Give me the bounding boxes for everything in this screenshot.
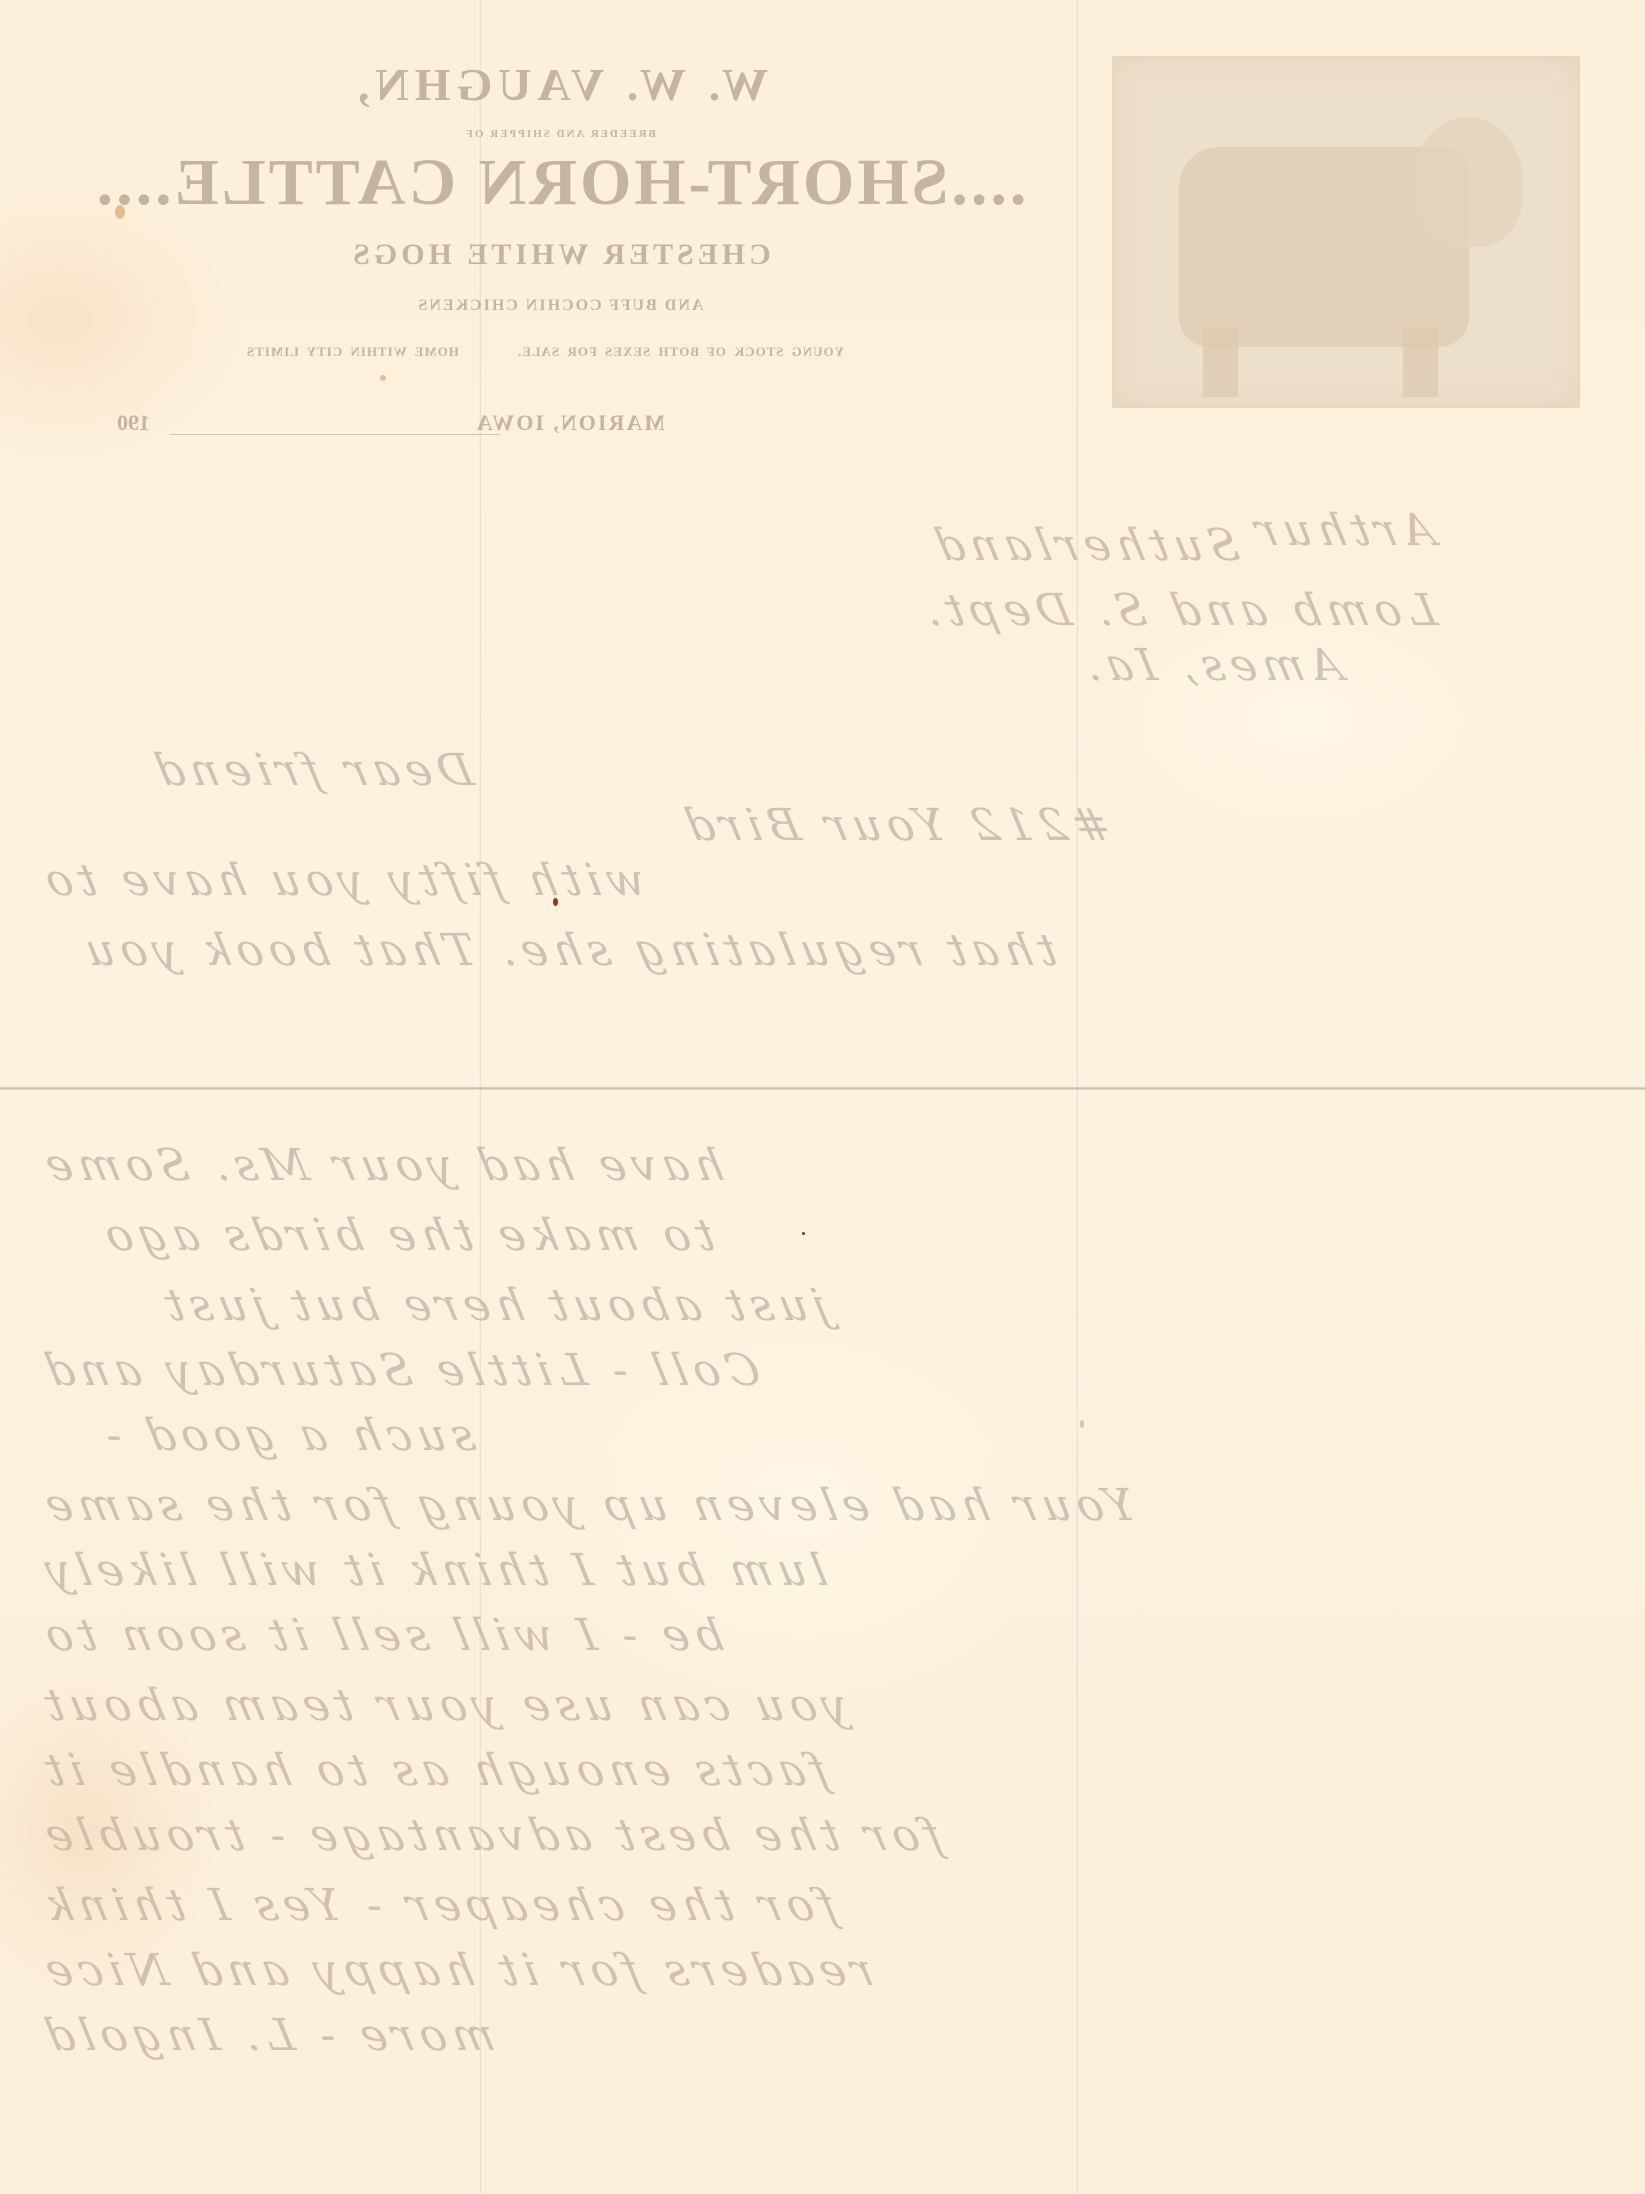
handwriting-line: facts enough as to handle it	[35, 1745, 833, 1796]
handwriting-line: Arthur	[1245, 505, 1440, 556]
handwriting-line: lum but I think it will likely	[35, 1545, 832, 1596]
ink-spot	[553, 898, 558, 906]
handwriting-line: #212 Your Bird	[675, 800, 1115, 851]
horizontal-fold	[0, 1086, 1645, 1090]
handwriting-line: such a good -	[95, 1410, 480, 1461]
foxing-spot	[380, 375, 386, 381]
handwriting-line: Ames, Ia.	[1075, 640, 1348, 691]
foxing-spot	[1080, 1420, 1084, 1428]
handwriting-line: Your had eleven up young for the same	[35, 1480, 1140, 1531]
handwriting-line: for the cheaper - Yes I think	[35, 1880, 841, 1931]
handwriting-line: have had your Ms. Some	[35, 1140, 729, 1191]
handwriting-line: Coll - Little Saturday and	[35, 1345, 765, 1396]
handwriting-show-through: ArthurSutherlandLomb and S. Dept.Ames, I…	[0, 0, 1645, 2194]
handwriting-line: that regulating she. That book you	[75, 925, 1062, 976]
handwriting-line: be - I will sell it soon to	[35, 1610, 729, 1661]
handwriting-line: just about here but just	[155, 1280, 833, 1331]
handwriting-line: with fifty you have to	[35, 855, 650, 906]
ink-spot	[802, 1232, 805, 1235]
handwriting-line: to make the birds ago	[95, 1210, 720, 1261]
foxing-spot	[115, 205, 125, 219]
handwriting-line: you can use your team about	[35, 1680, 853, 1731]
handwriting-line: Dear friend	[145, 745, 478, 796]
handwriting-line: more - L. Ingold	[35, 2010, 500, 2061]
handwriting-line: readers for it happy and Nice	[35, 1945, 878, 1996]
handwriting-line: Sutherland	[925, 520, 1244, 571]
handwriting-line: Lomb and S. Dept.	[915, 585, 1442, 636]
handwriting-line: for the best advantage - trouble	[35, 1810, 947, 1861]
letter-page-reverse: W. W. VAUGHN, BREEDER AND SHIPPER OF ...…	[0, 0, 1645, 2194]
